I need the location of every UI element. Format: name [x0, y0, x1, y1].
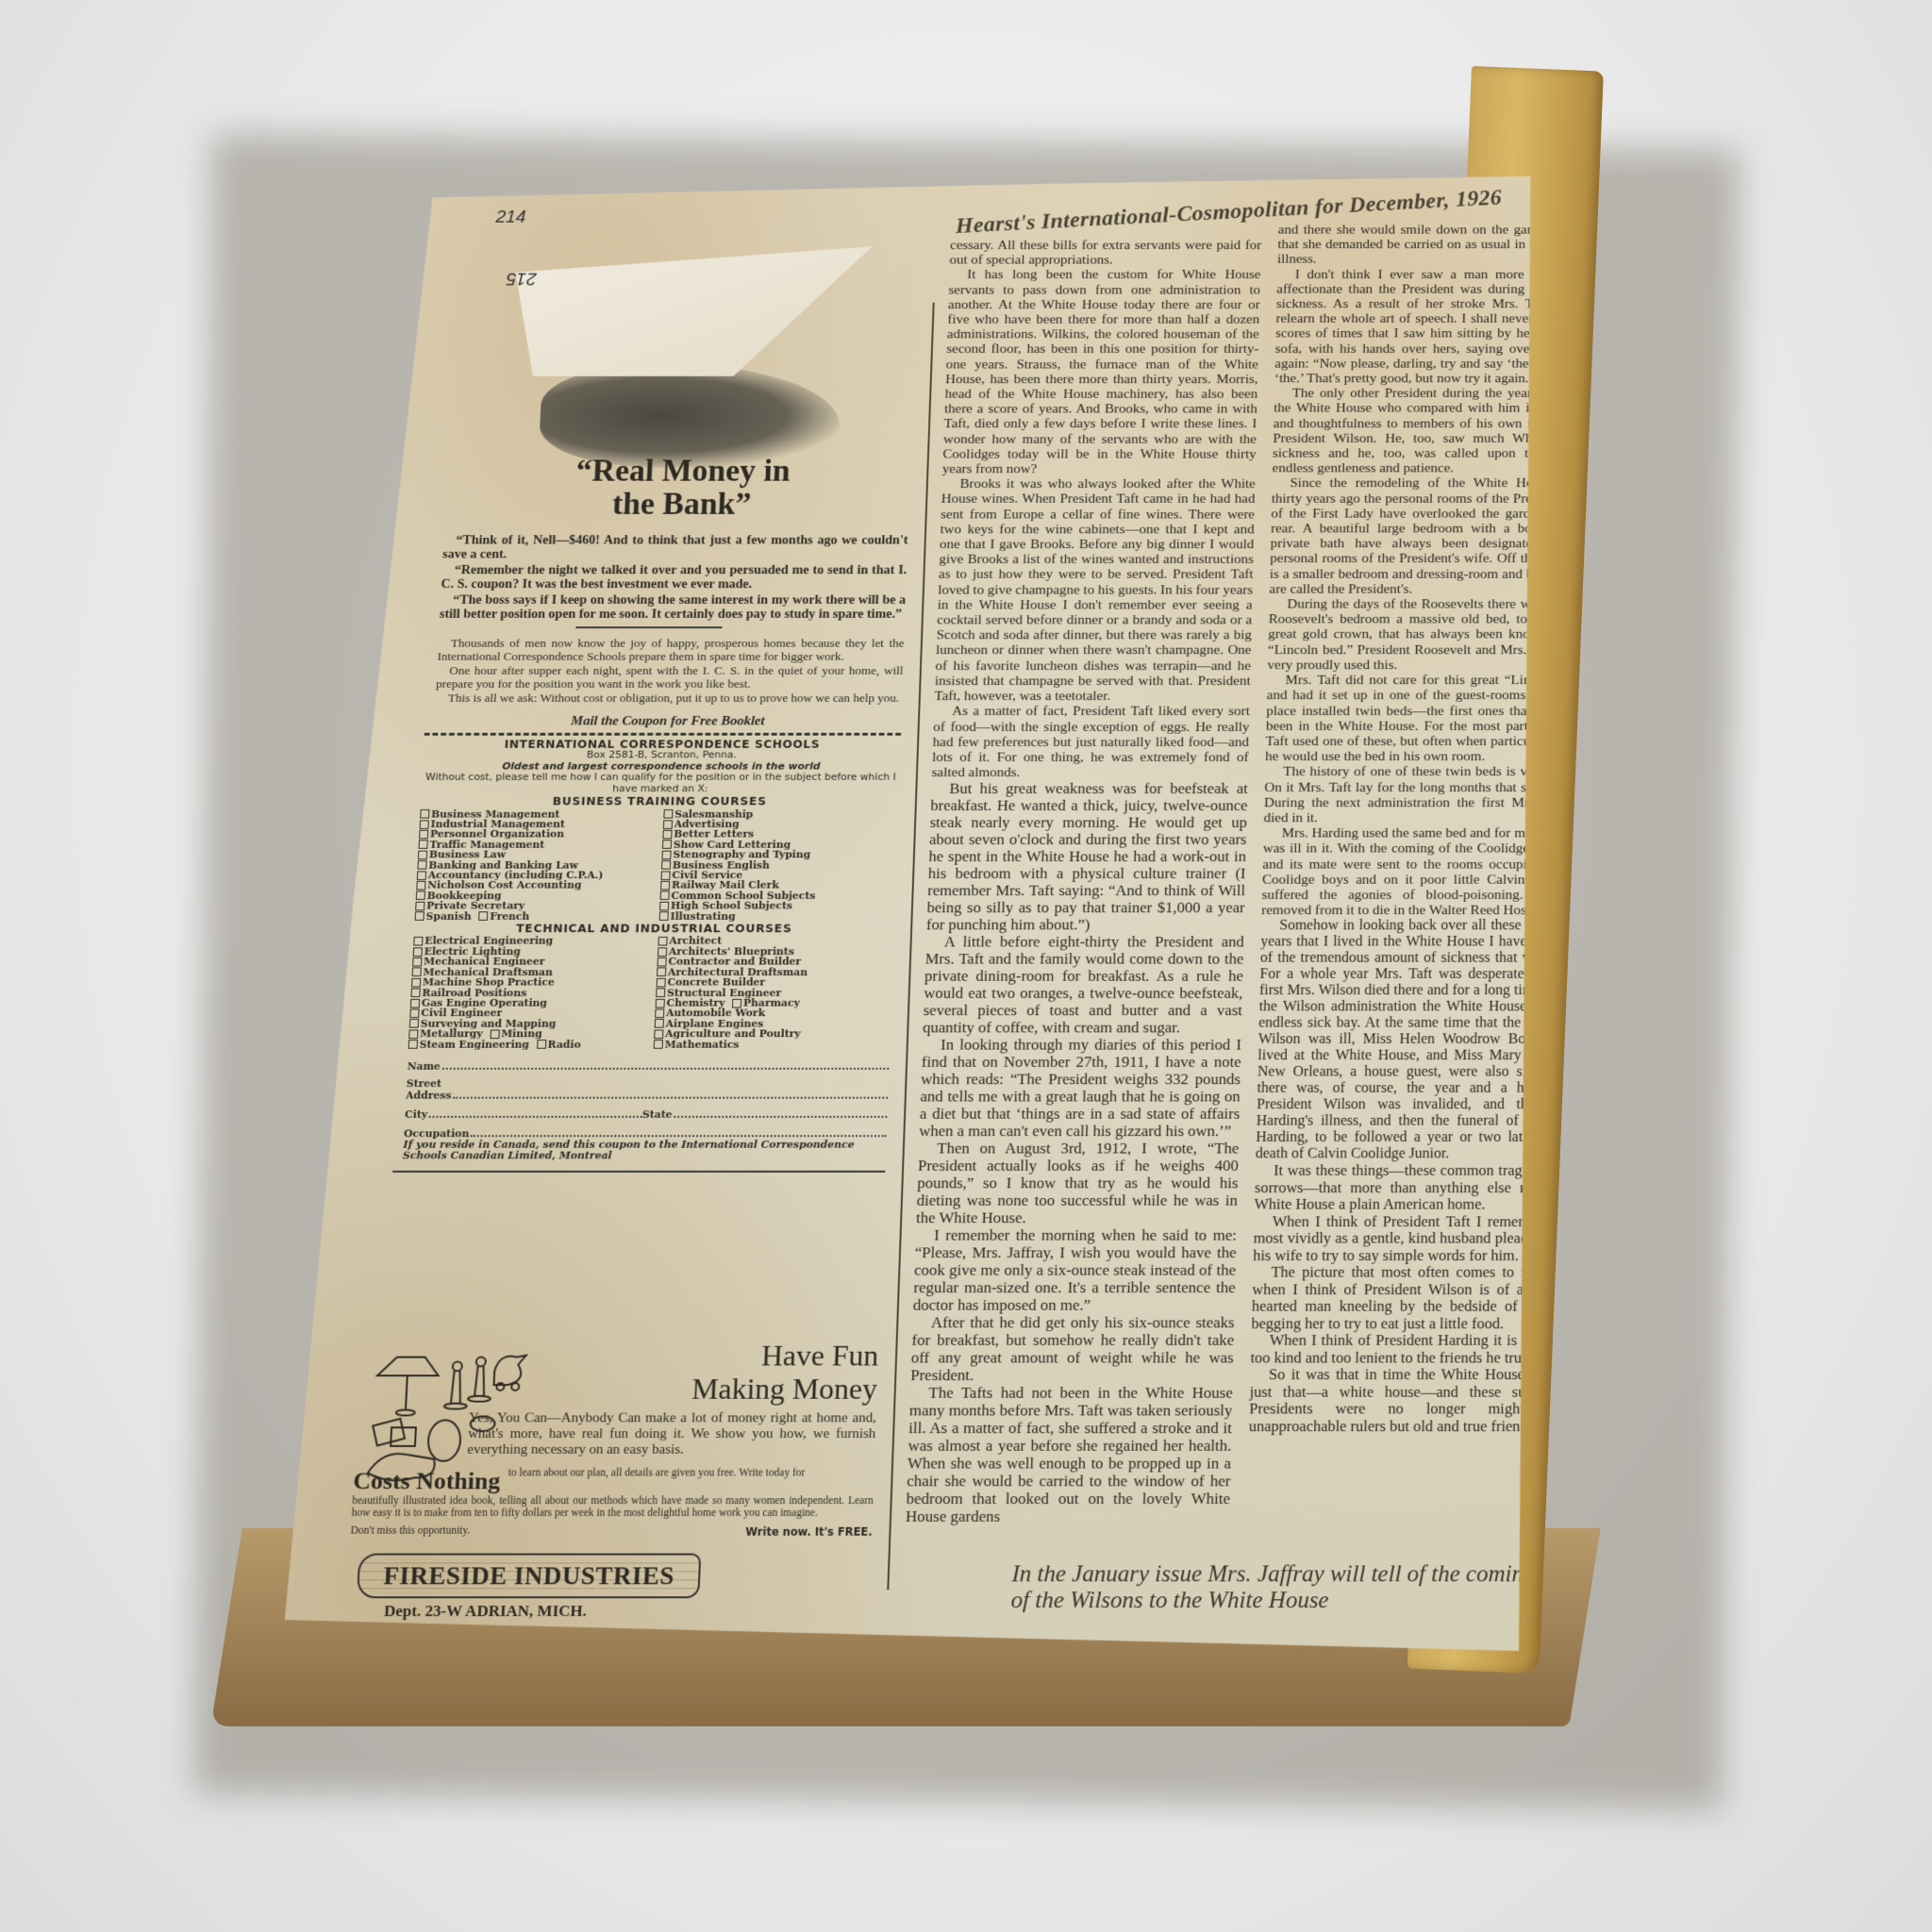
technical-courses-title: TECHNICAL AND INDUSTRIAL COURSES: [414, 924, 894, 935]
checkbox-icon[interactable]: [661, 860, 671, 869]
fireside-logo-log: FIRESIDE INDUSTRIES: [357, 1554, 701, 1599]
checkbox-icon[interactable]: [409, 1019, 419, 1028]
checkbox-icon[interactable]: [412, 968, 422, 977]
magazine-page: Hearst's International-Cosmopolitan for …: [283, 169, 1542, 1651]
course-checkbox-item[interactable]: Steam EngineeringRadio: [408, 1040, 645, 1050]
mail-coupon-callout: Mail the Coupon for Free Booklet: [434, 714, 902, 729]
checkbox-icon[interactable]: [413, 937, 423, 946]
checkbox-icon[interactable]: [663, 809, 673, 818]
checkbox-icon[interactable]: [412, 958, 422, 967]
ics-coupon: INTERNATIONAL CORRESPONDENCE SCHOOLS Box…: [403, 739, 901, 1161]
checkbox-icon[interactable]: [416, 881, 425, 891]
checkbox-icon[interactable]: [660, 881, 670, 891]
checkbox-icon[interactable]: [411, 978, 421, 988]
checkbox-icon[interactable]: [417, 860, 426, 869]
ics-headline: “Real Money in the Bank”: [454, 455, 911, 521]
canada-note: If you reside in Canada, send this coupo…: [403, 1140, 887, 1161]
checkbox-icon[interactable]: [418, 841, 427, 849]
coupon-fields: Name Street Address City State Occupatio…: [403, 1060, 890, 1161]
checkbox-icon[interactable]: [658, 958, 667, 967]
checkbox-icon[interactable]: [409, 1008, 419, 1018]
coupon-cut-line: [425, 732, 901, 735]
address-field[interactable]: Address: [406, 1090, 889, 1102]
checkbox-icon[interactable]: [415, 902, 425, 911]
checkbox-icon[interactable]: [661, 871, 671, 880]
checkbox-icon[interactable]: [657, 978, 666, 988]
torn-page-flap: [510, 246, 887, 376]
checkbox-icon[interactable]: [659, 902, 669, 911]
checkbox-icon[interactable]: [661, 850, 671, 858]
craft-items-illustration-icon: [362, 1339, 533, 1487]
course-checkbox-item[interactable]: Agriculture and Poultry: [654, 1029, 891, 1040]
course-checkbox-item[interactable]: Private Secretary: [415, 901, 651, 911]
checkbox-icon[interactable]: [663, 820, 673, 828]
checkbox-icon[interactable]: [662, 841, 672, 849]
divider: [575, 626, 722, 628]
business-courses: Business ManagementIndustrial Management…: [415, 809, 899, 922]
dont-miss-text: Don't miss this opportunity.: [350, 1525, 470, 1539]
next-issue-teaser: In the January issue Mrs. Jaffray will t…: [1010, 1561, 1539, 1614]
handwritten-page-number-flap: 215: [506, 268, 537, 288]
course-checkbox-item[interactable]: SpanishFrench: [415, 911, 651, 922]
checkbox-icon[interactable]: [416, 891, 425, 901]
checkbox-icon[interactable]: [656, 999, 665, 1008]
checkbox-icon[interactable]: [415, 912, 425, 922]
ics-advertisement: “Real Money in the Bank” “Think of it, N…: [383, 455, 911, 1180]
course-checkbox-item[interactable]: Illustrating: [659, 911, 895, 922]
course-checkbox-item[interactable]: High School Subjects: [659, 901, 895, 911]
ics-body: Thousands of men now know the joy of hap…: [435, 637, 905, 705]
checkbox-icon[interactable]: [654, 1040, 663, 1049]
course-checkbox-item[interactable]: MetallurgyMining: [408, 1029, 645, 1040]
article-column-middle: cessary. All these bills for extra serva…: [906, 238, 1262, 1525]
ad-divider: [392, 1171, 885, 1173]
checkbox-icon[interactable]: [657, 968, 666, 977]
fireside-advertisement: Have Fun Making Money Yes, You Can—Anybo…: [346, 1339, 879, 1621]
checkbox-icon[interactable]: [410, 989, 420, 998]
course-checkbox-item[interactable]: Business Law: [418, 850, 653, 860]
checkbox-icon[interactable]: [654, 1029, 663, 1039]
checkbox-icon[interactable]: [537, 1040, 546, 1049]
checkbox-icon[interactable]: [660, 891, 670, 901]
checkbox-icon[interactable]: [410, 999, 420, 1008]
course-checkbox-item[interactable]: Mathematics: [654, 1040, 891, 1050]
course-checkbox-item[interactable]: Stenography and Typing: [661, 850, 896, 860]
checkbox-icon[interactable]: [662, 830, 672, 839]
city-state-field[interactable]: City State: [405, 1108, 888, 1121]
checkbox-icon[interactable]: [655, 1019, 664, 1028]
fireside-address: Dept. 23-W ADRIAN, MICH.: [384, 1602, 870, 1621]
checkbox-icon[interactable]: [419, 830, 428, 839]
checkbox-icon[interactable]: [655, 1008, 664, 1018]
checkbox-icon[interactable]: [413, 947, 423, 957]
course-checkbox-item[interactable]: Machine Shop Practice: [411, 977, 647, 988]
checkbox-icon[interactable]: [659, 912, 669, 922]
checkbox-icon[interactable]: [408, 1029, 418, 1039]
technical-courses: Electrical EngineeringElectric LightingM…: [408, 936, 894, 1049]
checkbox-icon[interactable]: [417, 871, 426, 880]
checkbox-icon[interactable]: [658, 937, 667, 946]
checkbox-icon[interactable]: [656, 989, 665, 998]
write-now-text: Write now. It's FREE.: [745, 1525, 873, 1539]
checkbox-icon[interactable]: [658, 947, 667, 957]
business-courses-title: BUSINESS TRAINING COURSES: [421, 796, 899, 808]
checkbox-icon[interactable]: [478, 912, 488, 922]
checkbox-icon[interactable]: [418, 850, 427, 858]
course-checkbox-item[interactable]: Concrete Builder: [657, 977, 892, 988]
checkbox-icon[interactable]: [732, 999, 741, 1008]
checkbox-icon[interactable]: [420, 809, 429, 818]
checkbox-icon[interactable]: [408, 1040, 418, 1049]
ad-illustration-couple: [538, 363, 841, 468]
ics-testimonial: “Think of it, Nell—$460! And to think th…: [440, 533, 908, 621]
name-field[interactable]: Name: [407, 1060, 889, 1073]
checkbox-icon[interactable]: [420, 820, 429, 828]
handwritten-page-number: 214: [495, 208, 526, 227]
checkbox-icon[interactable]: [490, 1029, 499, 1039]
